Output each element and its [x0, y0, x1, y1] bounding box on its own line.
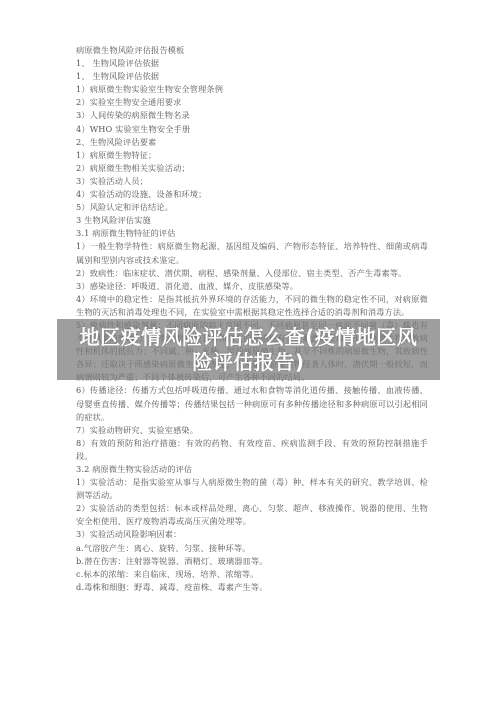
paragraph: 8）有效的预防和治疗措施：有效的药物、有效疫苗、疾病监测手段、有效的预防控制措施… — [76, 437, 428, 463]
section-heading: 3 生物风险评估实施 — [76, 214, 428, 227]
list-item: 1）病原微生物特征； — [76, 149, 428, 162]
list-item: 2）病原微生物相关实验活动； — [76, 162, 428, 175]
list-item: 1）病原微生物实验室生物安全管理条例 — [76, 83, 428, 96]
list-item: b.潜在伤害：注射器等锐器、酒精灯、玻璃器皿等。 — [76, 555, 428, 568]
list-item: a.气溶胶产生：离心、旋转、匀浆、接种环等。 — [76, 542, 428, 555]
list-item: 2）实验室生物安全通用要求 — [76, 96, 428, 109]
paragraph: 3）感染途径：呼吸道、消化道、血液、媒介、皮肤感染等。 — [76, 280, 428, 293]
subsection-heading: 3.2 病原微生物实验活动的评估 — [76, 463, 428, 476]
list-item: d.毒株和细胞：野毒、减毒、疫苗株、毒素产生等。 — [76, 581, 428, 594]
list-item: 3）人间传染的病原微生物名录 — [76, 109, 428, 122]
document-title: 病原微生物风险评估报告模板 — [76, 44, 428, 57]
paragraph: 6）传播途径：传播方式包括呼吸道传播、通过水和食物等消化道传播、接触传播、血液传… — [76, 384, 428, 423]
paragraph: 1）一般生物学特性：病原微生物起源、基因组及编码、产物形态特征、培养特性、细菌或… — [76, 240, 428, 266]
overlay-title-line-1: 地区疫情风险评估怎么查(疫情地区风 — [80, 325, 418, 350]
list-item: 5）风险认定和评估结论。 — [76, 201, 428, 214]
list-item: 3）实验活动人员； — [76, 175, 428, 188]
list-item: 4）实验活动的设施、设备和环境； — [76, 188, 428, 201]
overlay-title-line-2: 险评估报告) — [192, 350, 304, 375]
title-overlay-banner: 地区疫情风险评估怎么查(疫情地区风 险评估报告) — [57, 319, 440, 380]
subsection-heading: 3.1 病原微生物特征的评估 — [76, 227, 428, 240]
paragraph: 7）实验动物研究、实验室感染。 — [76, 424, 428, 437]
section-heading: 2、生物风险评估要素 — [76, 136, 428, 149]
paragraph: 3）实验活动风险影响因素： — [76, 528, 428, 541]
section-heading: 1、 生物风险评估依据 — [76, 70, 428, 83]
list-item: 4）WHO 实验室生物安全手册 — [76, 123, 428, 136]
paragraph: 1）实验活动：是指实验室从事与人病原微生物的菌（毒）种、样本有关的研究、教学培训… — [76, 476, 428, 502]
paragraph: 2）致病性：临床症状、潜伏期、病程、感染剂量、入侵部位、宿主类型、否产生毒素等。 — [76, 267, 428, 280]
paragraph: 4）环境中的稳定性：是指其抵抗外界环境的存活能力，不同的微生物的稳定性不同，对病… — [76, 293, 428, 319]
list-item: c.标本的浓缩：来自临床、现场、培养、浓缩等。 — [76, 568, 428, 581]
section-heading: 1、 生物风险评估依据 — [76, 57, 428, 70]
paragraph: 2）实验活动的类型包括：标本或样品处理、离心、匀浆、超声、移液操作、锐器的使用、… — [76, 502, 428, 528]
